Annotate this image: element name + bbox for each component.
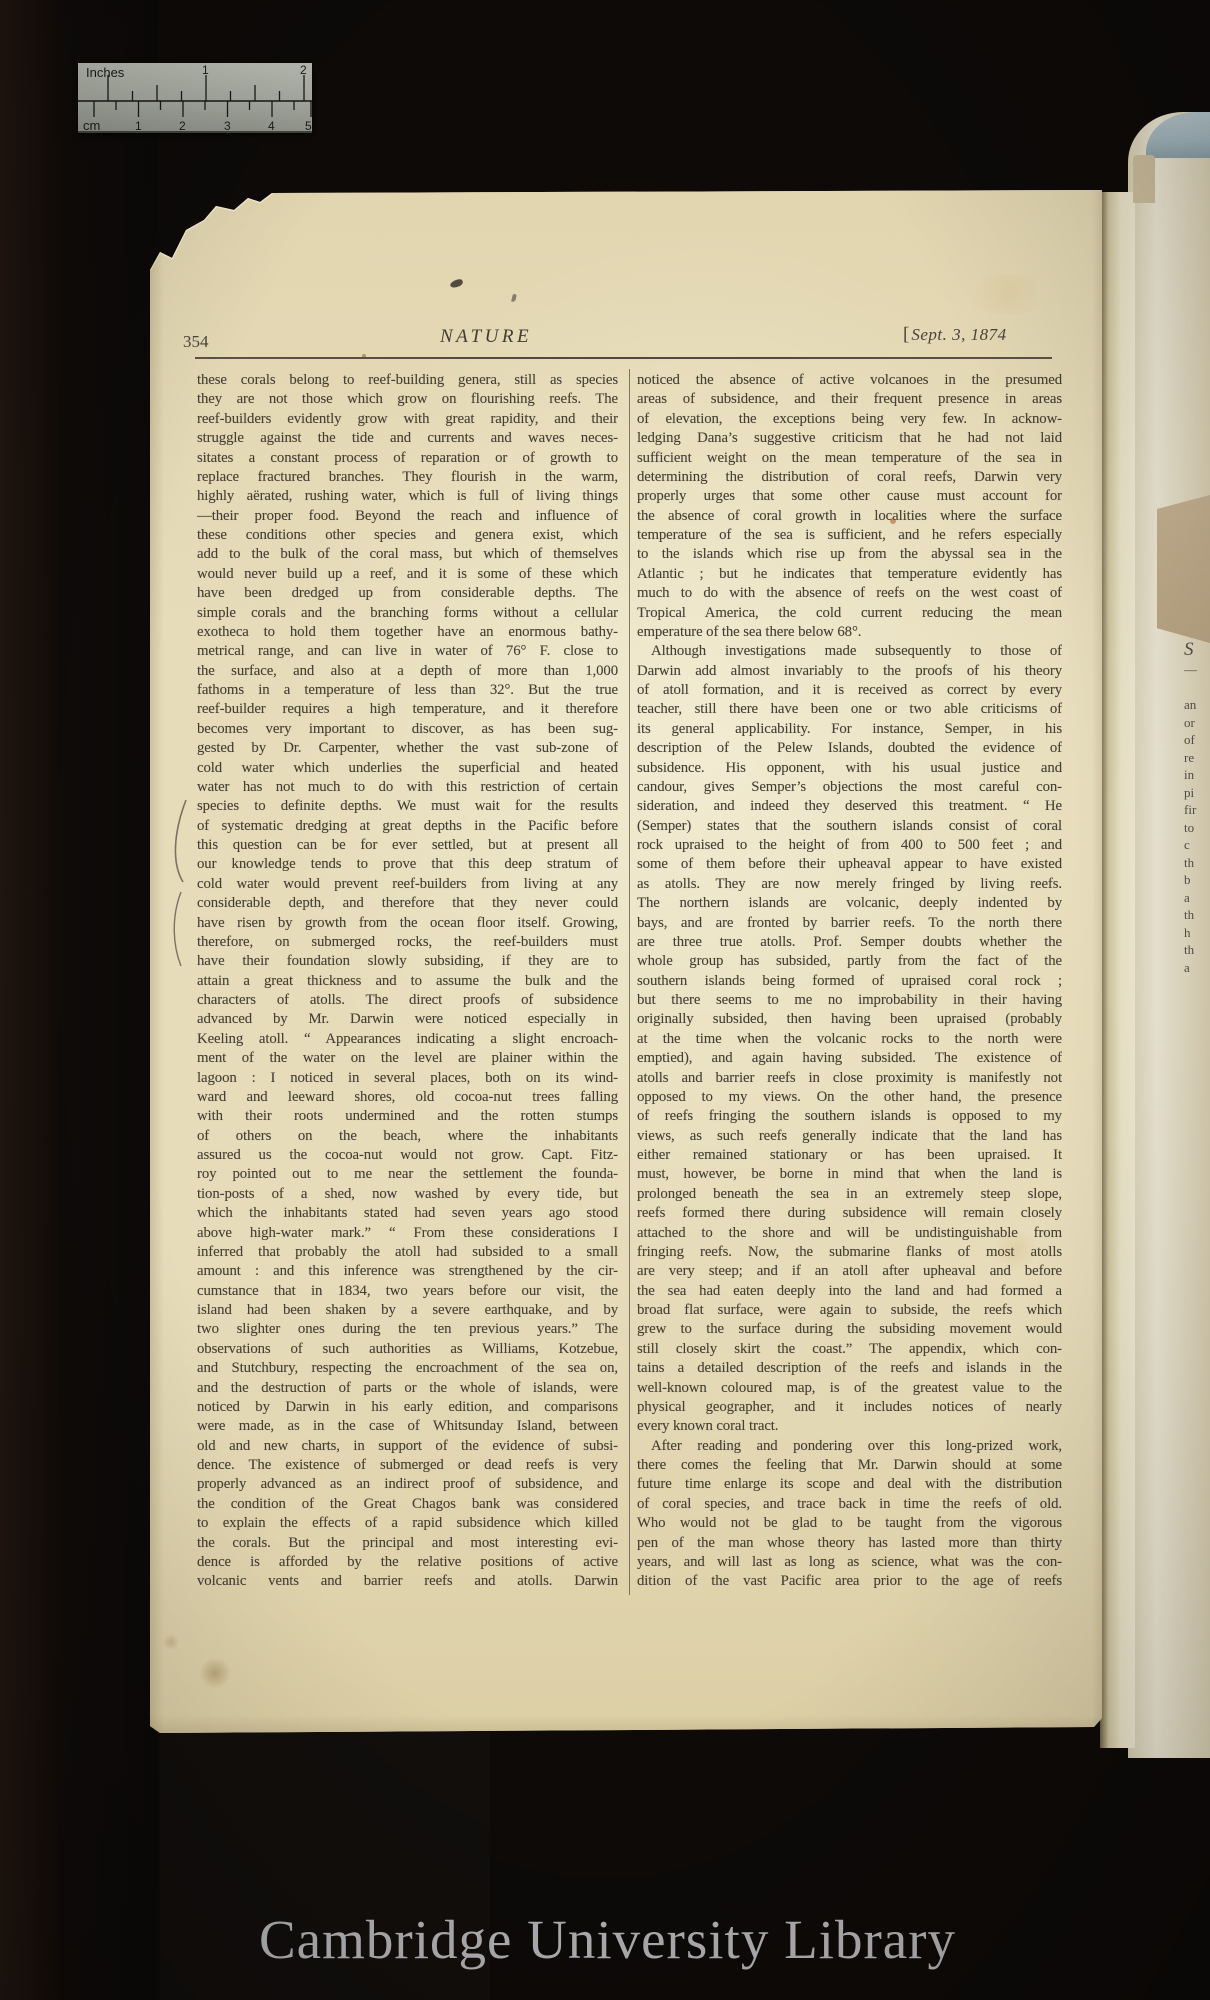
partial-text-line: in: [1184, 766, 1210, 784]
text-line: becomes very important to discover, as h…: [197, 720, 618, 739]
text-line: prolonged beneath the sea in an extremel…: [637, 1185, 1062, 1204]
text-line: island had been shaken by a severe earth…: [197, 1301, 618, 1320]
text-line: considerable depth, and therefore that t…: [197, 894, 618, 913]
text-line: pen of the man whose theory has lasted m…: [637, 1534, 1062, 1553]
text-line: dence. The existence of submerged or dea…: [197, 1456, 618, 1475]
text-line: The northern islands are volcanic, deepl…: [637, 894, 1062, 913]
text-line: subsidence. His opponent, with his usual…: [637, 759, 1062, 778]
date-bracket: [: [903, 324, 907, 345]
ruler-cm-2: 2: [179, 119, 186, 133]
text-line: to the islands which rise up from the ab…: [637, 545, 1062, 564]
text-line: rock upraised to the height of from 400 …: [637, 836, 1062, 855]
journal-title: NATURE: [440, 326, 532, 348]
right-text-column: noticed the absence of active volcanoes …: [637, 371, 1062, 1592]
partial-text-line: c: [1184, 836, 1210, 854]
column-divider-rule: [629, 369, 630, 1595]
page-stain: [162, 1634, 180, 1650]
text-line: the corals. But the principal and most i…: [197, 1534, 618, 1553]
text-line: are three true atolls. Prof. Semper doub…: [637, 933, 1062, 952]
text-line: these corals belong to reef-building gen…: [197, 371, 618, 390]
text-line: determining the distribution of coral re…: [637, 468, 1062, 487]
text-line: years, and will last as long as science,…: [637, 1553, 1062, 1572]
partial-text-line: a: [1184, 959, 1210, 977]
left-text-column: these corals belong to reef-building gen…: [197, 371, 618, 1592]
text-line: of elevation, the exceptions being very …: [637, 410, 1062, 429]
text-line: species to definite depths. We must wait…: [197, 797, 618, 816]
text-line: exotheca to hold them together have an e…: [197, 623, 618, 642]
text-line: (Semper) states that the southern island…: [637, 817, 1062, 836]
text-line: the absence of coral growth in localitie…: [637, 507, 1062, 526]
partial-text-line: re: [1184, 749, 1210, 767]
text-line: —their proper food. Beyond the reach and…: [197, 507, 618, 526]
text-line: candour, gives Semper’s objections the m…: [637, 778, 1062, 797]
ruler-ticks: Inches 1 2 cm 1 2 3 4 5: [78, 63, 312, 133]
text-line: the sea had eaten deeply into the land a…: [637, 1282, 1062, 1301]
text-line: attached to the shore and will be undist…: [637, 1224, 1062, 1243]
text-line: Darwin add almost invariably to the proo…: [637, 662, 1062, 681]
text-line: broad flat surface, were again to subsid…: [637, 1301, 1062, 1320]
text-line: teacher, still there have been one or tw…: [637, 700, 1062, 719]
text-line: would never build up a reef, and it is s…: [197, 565, 618, 584]
text-line: and the destruction of parts or the whol…: [197, 1379, 618, 1398]
ruler-cm-label: cm: [83, 118, 100, 133]
text-line: Tropical America, the cold current reduc…: [637, 604, 1062, 623]
ink-mark: [511, 294, 517, 303]
text-line: ward and leeward shores, old cocoa-nut t…: [197, 1088, 618, 1107]
text-line: grew to the surface during the subsiding…: [637, 1320, 1062, 1339]
partial-text-line: th: [1184, 854, 1210, 872]
ruler-cm-4: 4: [268, 119, 275, 133]
issue-date: [Sept. 3, 1874: [903, 324, 1007, 346]
page-number: 354: [183, 332, 209, 352]
text-line: attain a great thickness and to assume t…: [197, 972, 618, 991]
ruler-cm-3: 3: [224, 119, 231, 133]
next-page-text-sliver: S—anorofreinpifirtocthbathhtha: [1184, 641, 1210, 981]
text-line: there comes the feeling that Mr. Darwin …: [637, 1456, 1062, 1475]
text-line: southern islands being formed of upraise…: [637, 972, 1062, 991]
partial-text-line: —: [1184, 661, 1210, 679]
book-spine-shadow: [0, 0, 58, 2000]
text-line: struggle against the tide and currents a…: [197, 429, 618, 448]
text-line: highly aërated, rushing water, which is …: [197, 487, 618, 506]
text-line: Although investigations made subsequentl…: [637, 642, 1062, 661]
text-line: two slighter ones during the ten previou…: [197, 1320, 618, 1339]
text-line: cumstance that in 1834, two years before…: [197, 1282, 618, 1301]
text-line: noticed the absence of active volcanoes …: [637, 371, 1062, 390]
text-line: whole group has subsided, partly from th…: [637, 952, 1062, 971]
text-line: Who would not be glad to be taught from …: [637, 1514, 1062, 1533]
text-line: to explain the effects of a rapid subsid…: [197, 1514, 618, 1533]
ruler-inches-label: Inches: [86, 65, 125, 80]
text-line: as atolls. They are now merely fringed b…: [637, 875, 1062, 894]
page-stain: [962, 274, 1052, 314]
text-line: atolls and barrier reefs in close proxim…: [637, 1069, 1062, 1088]
text-line: some of them before their upheaval appea…: [637, 855, 1062, 874]
text-line: volcanic vents and barrier reefs and ato…: [197, 1572, 618, 1591]
library-watermark: Cambridge University Library: [150, 1908, 1065, 1971]
partial-text-line: a: [1184, 889, 1210, 907]
text-line: these conditions other species and gener…: [197, 526, 618, 545]
page-stack-edge: [1100, 192, 1135, 1748]
text-line: inferred that probably the atoll had sub…: [197, 1243, 618, 1262]
text-line: water has not much to do with this restr…: [197, 778, 618, 797]
text-line: future time enlarge its scope and deal w…: [637, 1475, 1062, 1494]
text-line: above high-water mark.” “ From these con…: [197, 1224, 618, 1243]
text-line: at the time when the volcanic rocks to t…: [637, 1030, 1062, 1049]
partial-text-line: fir: [1184, 801, 1210, 819]
text-line: properly urges that some other cause mus…: [637, 487, 1062, 506]
text-line: roy pointed out to me near the settlemen…: [197, 1165, 618, 1184]
text-line: and Stutchbury, respecting the encroachm…: [197, 1359, 618, 1378]
text-line: After reading and pondering over this lo…: [637, 1437, 1062, 1456]
text-line: either remained stationary or has been u…: [637, 1146, 1062, 1165]
ruler-inch-2: 2: [300, 63, 307, 77]
text-line: add to the bulk of the coral mass, but w…: [197, 545, 618, 564]
text-line: reef-builder requires a high temperature…: [197, 700, 618, 719]
text-line: ledging Dana’s suggestive criticism that…: [637, 429, 1062, 448]
text-line: therefore, on submerged rocks, the reef-…: [197, 933, 618, 952]
text-line: of others on the beach, where the inhabi…: [197, 1127, 618, 1146]
journal-page: 354 NATURE [Sept. 3, 1874 these corals b…: [150, 190, 1102, 1733]
partial-text-line: pi: [1184, 784, 1210, 802]
text-line: fathoms in a temperature of less than 32…: [197, 681, 618, 700]
text-line: noticed by Darwin in his early edition, …: [197, 1398, 618, 1417]
text-line: cold water would prevent reef-builders f…: [197, 875, 618, 894]
text-line: fringing reefs. Now, the submarine flank…: [637, 1243, 1062, 1262]
partial-text-line: th: [1184, 906, 1210, 924]
text-line: must, however, be borne in mind that whe…: [637, 1165, 1062, 1184]
text-line: opposed to my views. On the other hand, …: [637, 1088, 1062, 1107]
text-line: of systematic dredging at great depths i…: [197, 817, 618, 836]
text-line: gested by Dr. Carpenter, whether the vas…: [197, 739, 618, 758]
text-line: observations of such authorities as Will…: [197, 1340, 618, 1359]
text-line: they are not those which grow on flouris…: [197, 390, 618, 409]
text-line: temperature of the sea is sufficient, an…: [637, 526, 1062, 545]
partial-text-line: th: [1184, 941, 1210, 959]
text-line: have risen by growth from the ocean floo…: [197, 914, 618, 933]
photo-background: Inches 1 2 cm 1 2 3 4 5 S—anorofreinpifi…: [0, 0, 1210, 2000]
text-line: the condition of the Great Chagos bank w…: [197, 1495, 618, 1514]
ink-smudge: [449, 278, 464, 289]
text-line: physical geographer, and it includes not…: [637, 1398, 1062, 1417]
text-line: reefs formed there during subsidence wil…: [637, 1204, 1062, 1223]
text-line: ment of the water on the level are plain…: [197, 1049, 618, 1068]
margin-pencil-mark: [164, 796, 194, 971]
text-line: sideration, and indeed they deserved thi…: [637, 797, 1062, 816]
text-line: simple corals and the branching forms wi…: [197, 604, 618, 623]
text-line: Atlantic ; but he indicates that tempera…: [637, 565, 1062, 584]
text-line: were made, as in the case of Whitsunday …: [197, 1417, 618, 1436]
text-line: views, as such reefs generally indicate …: [637, 1127, 1062, 1146]
text-line: but there seems to me no improbability i…: [637, 991, 1062, 1010]
text-line: originally subsided, then having been up…: [637, 1010, 1062, 1029]
text-line: emperature of the sea there below 68°.: [637, 623, 1062, 642]
text-line: dition of the vast Pacific area prior to…: [637, 1572, 1062, 1591]
ruler-cm-5: 5: [305, 119, 312, 133]
text-line: assured us the cocoa-nut would not grow.…: [197, 1146, 618, 1165]
partial-text-line: h: [1184, 924, 1210, 942]
measurement-ruler: Inches 1 2 cm 1 2 3 4 5: [78, 63, 312, 133]
partial-text-line: to: [1184, 819, 1210, 837]
text-line: well-known coloured map, is of the great…: [637, 1379, 1062, 1398]
text-line: replace fractured branches. They flouris…: [197, 468, 618, 487]
date-text: Sept. 3, 1874: [911, 325, 1006, 344]
text-line: old and new charts, in support of the ev…: [197, 1437, 618, 1456]
text-line: tion-posts of a shed, now washed by ever…: [197, 1185, 618, 1204]
text-line: tains a detailed description of the reef…: [637, 1359, 1062, 1378]
text-line: advanced by Mr. Darwin were noticed espe…: [197, 1010, 618, 1029]
text-line: areas of subsidence, and their frequent …: [637, 390, 1062, 409]
text-line: of coral species, and trace back in time…: [637, 1495, 1062, 1514]
text-line: of reefs fringing the southern islands i…: [637, 1107, 1062, 1126]
text-line: still closely skirt the coast.” The appe…: [637, 1340, 1062, 1359]
text-line: the surface, and also at a depth of more…: [197, 662, 618, 681]
text-line: reef-builders evidently grow with great …: [197, 410, 618, 429]
text-line: Keeling atoll. “ Appearances indicating …: [197, 1030, 618, 1049]
text-line: sufficient weight on the mean temperatur…: [637, 449, 1062, 468]
page-stain: [198, 1658, 232, 1688]
torn-corner-edge: [150, 190, 280, 280]
paper-tab: [1133, 155, 1155, 203]
ruler-inch-1: 1: [202, 63, 209, 77]
text-line: our knowledge tends to prove that this d…: [197, 855, 618, 874]
paper-patch: [1157, 495, 1210, 643]
text-line: much to do with the absence of reefs on …: [637, 584, 1062, 603]
text-line: dence is afforded by the relative positi…: [197, 1553, 618, 1572]
text-line: of atoll formation, and it is received a…: [637, 681, 1062, 700]
partial-text-line: S: [1184, 641, 1210, 661]
partial-text-line: or: [1184, 714, 1210, 732]
partial-text-line: of: [1184, 731, 1210, 749]
text-line: have their foundation slowly subsiding, …: [197, 952, 618, 971]
partial-text-line: b: [1184, 871, 1210, 889]
text-line: every known coral tract.: [637, 1417, 1062, 1436]
text-line: sitates a constant process of reparation…: [197, 449, 618, 468]
ruler-cm-1: 1: [135, 119, 142, 133]
header-rule: [195, 357, 1052, 359]
text-line: are very steep; and if an atoll after up…: [637, 1262, 1062, 1281]
text-line: its general applicability. For instance,…: [637, 720, 1062, 739]
partial-text-line: an: [1184, 696, 1210, 714]
text-line: which the inhabitants stated had seven y…: [197, 1204, 618, 1223]
text-line: with their roots undermined and the rott…: [197, 1107, 618, 1126]
text-line: description of the Pelew Islands, doubte…: [637, 739, 1062, 758]
partial-text-line: [1184, 679, 1210, 697]
text-line: cold water which underlies the superfici…: [197, 759, 618, 778]
text-line: lagoon : I noticed in several places, bo…: [197, 1069, 618, 1088]
background-band: [58, 0, 158, 2000]
text-line: have been dredged up from considerable d…: [197, 584, 618, 603]
text-line: properly advanced as an indirect proof o…: [197, 1475, 618, 1494]
text-line: amount : and this inference was strength…: [197, 1262, 618, 1281]
text-line: this question can be for ever settled, b…: [197, 836, 618, 855]
text-line: bays, and are fronted by barrier reefs. …: [637, 914, 1062, 933]
text-line: emptied), and again having subsided. The…: [637, 1049, 1062, 1068]
text-line: characters of atolls. The direct proofs …: [197, 991, 618, 1010]
text-line: metrical range, and can live in water of…: [197, 642, 618, 661]
